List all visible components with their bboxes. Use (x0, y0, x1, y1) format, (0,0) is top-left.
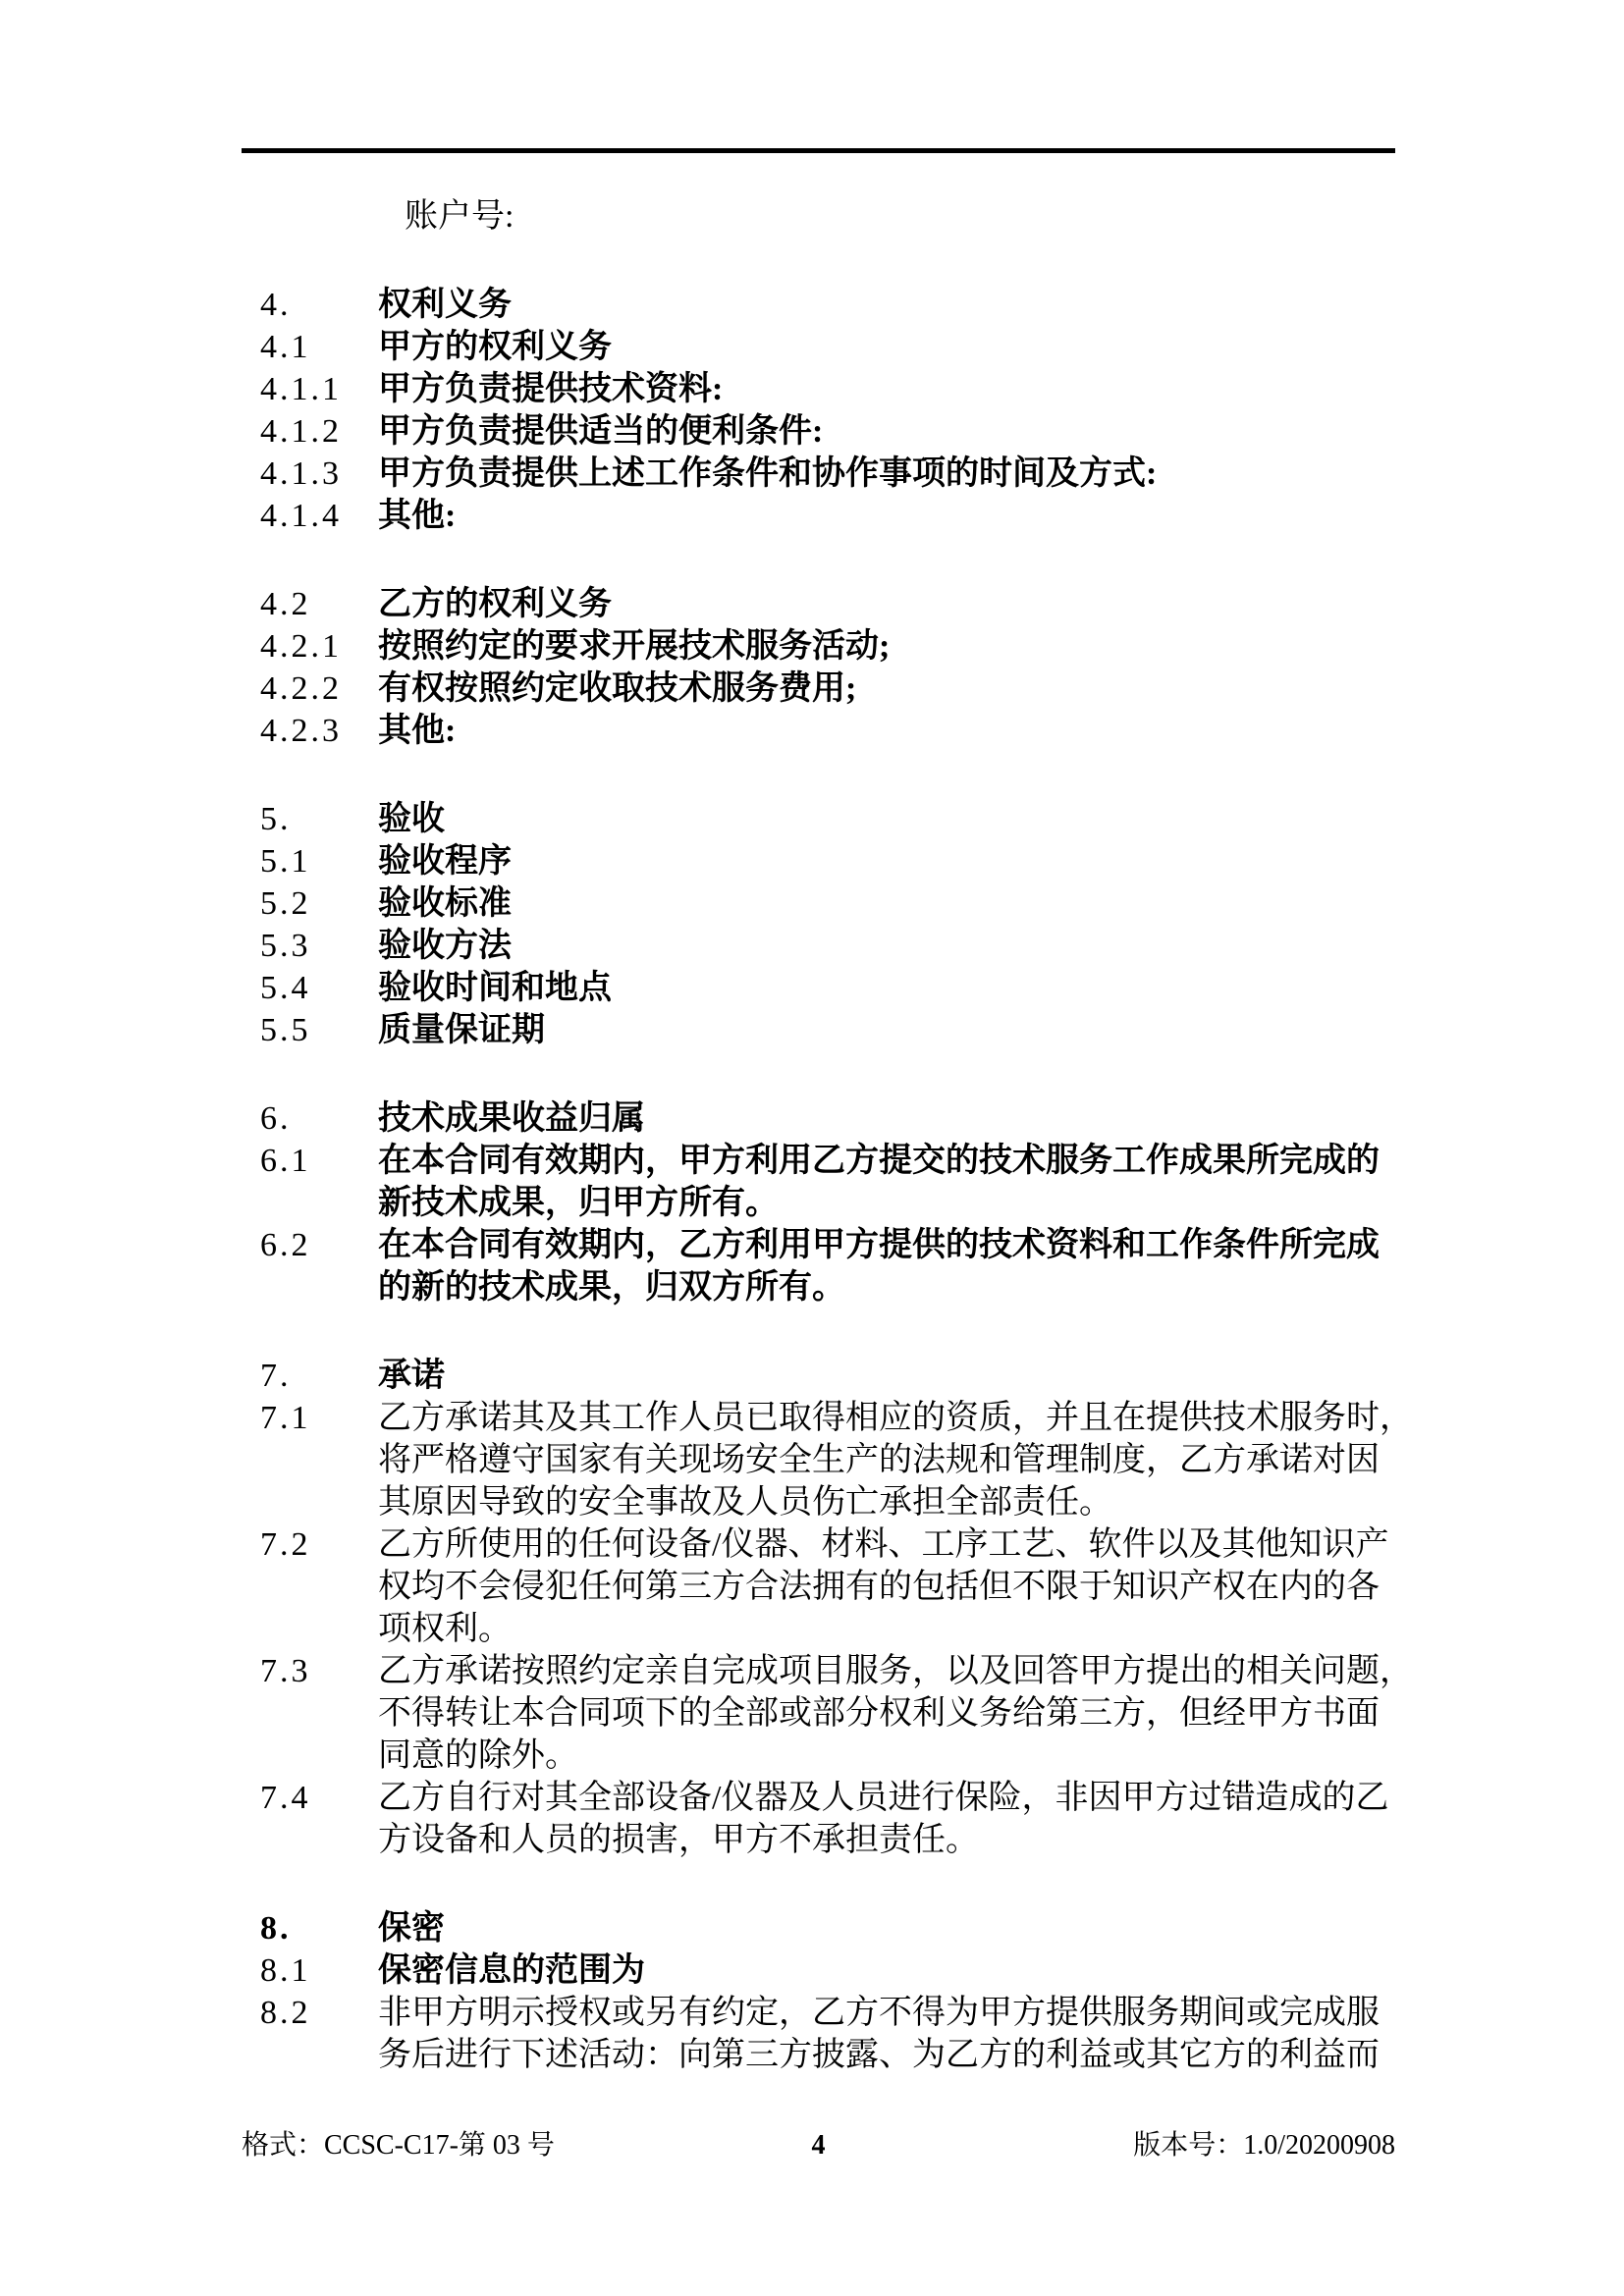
clause-text: 甲方负责提供上述工作条件和协作事项的时间及方式: (378, 453, 1479, 495)
clause-text: 非甲方明示授权或另有约定，乙方不得为甲方提供服务期间或完成服务后进行下述活动：向… (378, 1992, 1479, 2076)
clause-text: 验收标准 (378, 882, 1479, 925)
clause-number: 5.2 (242, 882, 378, 925)
clause-line: 验收程序 (378, 840, 1479, 882)
clause-line: 同意的除外。 (378, 1735, 1479, 1777)
clause-line: 务后进行下述活动：向第三方披露、为乙方的利益或其它方的利益而 (378, 2034, 1479, 2076)
clause-row: 8.2非甲方明示授权或另有约定，乙方不得为甲方提供服务期间或完成服务后进行下述活… (242, 1992, 1479, 2076)
clause-row: 5.4验收时间和地点 (242, 967, 1479, 1009)
clause-line: 的新的技术成果，归双方所有。 (378, 1266, 1479, 1308)
clause-number: 4.1.4 (242, 495, 378, 537)
clause-line: 乙方承诺按照约定亲自完成项目服务，以及回答甲方提出的相关问题， (378, 1650, 1479, 1692)
clause-text: 在本合同有效期内，甲方利用乙方提交的技术服务工作成果所完成的新技术成果，归甲方所… (378, 1140, 1479, 1224)
clause-line: 乙方承诺其及其工作人员已取得相应的资质，并且在提供技术服务时， (378, 1397, 1479, 1439)
clause-line: 验收 (378, 798, 1479, 840)
clause-line: 权利义务 (378, 284, 1479, 326)
clause-line: 将严格遵守国家有关现场安全生产的法规和管理制度，乙方承诺对因 (378, 1439, 1479, 1481)
clause-number: 4.1 (242, 326, 378, 368)
clause-list: 4.权利义务4.1甲方的权利义务4.1.1甲方负责提供技术资料:4.1.2甲方负… (242, 284, 1479, 2076)
clause-row: 6.技术成果收益归属 (242, 1097, 1479, 1140)
clause-number: 5.4 (242, 967, 378, 1009)
clause-text: 甲方负责提供技术资料: (378, 368, 1479, 410)
clause-line: 在本合同有效期内，甲方利用乙方提交的技术服务工作成果所完成的 (378, 1140, 1479, 1182)
clause-text: 保密信息的范围为 (378, 1949, 1479, 1992)
clause-row: 7.4乙方自行对其全部设备/仪器及人员进行保险，非因甲方过错造成的乙方设备和人员… (242, 1777, 1479, 1861)
clause-number: 7.4 (242, 1777, 378, 1819)
clause-line: 权均不会侵犯任何第三方合法拥有的包括但不限于知识产权在内的各 (378, 1566, 1479, 1608)
clause-line: 有权按照约定收取技术服务费用; (378, 667, 1479, 710)
clause-line: 甲方负责提供上述工作条件和协作事项的时间及方式: (378, 453, 1479, 495)
clause-number: 8.1 (242, 1949, 378, 1992)
clause-text: 在本合同有效期内，乙方利用甲方提供的技术资料和工作条件所完成的新的技术成果，归双… (378, 1224, 1479, 1308)
clause-text: 质量保证期 (378, 1009, 1479, 1051)
clause-number: 4.2.2 (242, 667, 378, 710)
clause-line: 非甲方明示授权或另有约定，乙方不得为甲方提供服务期间或完成服 (378, 1992, 1479, 2034)
clause-row: 4.1.4其他: (242, 495, 1479, 537)
clause-line: 新技术成果，归甲方所有。 (378, 1182, 1479, 1224)
clause-number: 7. (242, 1355, 378, 1397)
clause-text: 乙方承诺按照约定亲自完成项目服务，以及回答甲方提出的相关问题，不得转让本合同项下… (378, 1650, 1479, 1777)
clause-row: 5.2验收标准 (242, 882, 1479, 925)
page-footer: 格式：CCSC-C17-第 03 号 4 版本号：1.0/20200908 (242, 2124, 1395, 2166)
clause-line: 在本合同有效期内，乙方利用甲方提供的技术资料和工作条件所完成 (378, 1224, 1479, 1266)
account-number-line: 账户号: (405, 195, 1479, 238)
clause-line: 甲方负责提供技术资料: (378, 368, 1479, 410)
clause-number: 5.1 (242, 840, 378, 882)
clause-number: 8.2 (242, 1992, 378, 2034)
content-area: 账户号: 4.权利义务4.1甲方的权利义务4.1.1甲方负责提供技术资料:4.1… (242, 195, 1479, 2076)
clause-row: 6.1在本合同有效期内，甲方利用乙方提交的技术服务工作成果所完成的新技术成果，归… (242, 1140, 1479, 1224)
clause-line: 验收时间和地点 (378, 967, 1479, 1009)
clause-number: 4.1.1 (242, 368, 378, 410)
clause-number: 4.2.3 (242, 710, 378, 752)
clause-number: 4.2 (242, 583, 378, 625)
clause-text: 乙方所使用的任何设备/仪器、材料、工序工艺、软件以及其他知识产权均不会侵犯任何第… (378, 1523, 1479, 1650)
clause-row: 5.3验收方法 (242, 925, 1479, 967)
clause-row: 4.1.3甲方负责提供上述工作条件和协作事项的时间及方式: (242, 453, 1479, 495)
clause-row: 5.5质量保证期 (242, 1009, 1479, 1051)
clause-row: 8.1保密信息的范围为 (242, 1949, 1479, 1992)
clause-row: 4.2乙方的权利义务 (242, 583, 1479, 625)
clause-line: 验收方法 (378, 925, 1479, 967)
clause-text: 乙方的权利义务 (378, 583, 1479, 625)
clause-line: 乙方所使用的任何设备/仪器、材料、工序工艺、软件以及其他知识产 (378, 1523, 1479, 1566)
clause-text: 验收时间和地点 (378, 967, 1479, 1009)
clause-row: 7.2乙方所使用的任何设备/仪器、材料、工序工艺、软件以及其他知识产权均不会侵犯… (242, 1523, 1479, 1650)
footer-format-code: 格式：CCSC-C17-第 03 号 (242, 2124, 812, 2166)
footer-version: 版本号：1.0/20200908 (826, 2124, 1396, 2166)
clause-row: 6.2在本合同有效期内，乙方利用甲方提供的技术资料和工作条件所完成的新的技术成果… (242, 1224, 1479, 1308)
clause-row: 4.权利义务 (242, 284, 1479, 326)
clause-line: 其他: (378, 495, 1479, 537)
clause-text: 甲方负责提供适当的便利条件: (378, 410, 1479, 453)
clause-row: 7.承诺 (242, 1355, 1479, 1397)
clause-line: 保密 (378, 1907, 1479, 1949)
clause-line: 保密信息的范围为 (378, 1949, 1479, 1992)
clause-text: 其他: (378, 495, 1479, 537)
clause-number: 4. (242, 284, 378, 326)
clause-line: 承诺 (378, 1355, 1479, 1397)
clause-row: 4.1.1甲方负责提供技术资料: (242, 368, 1479, 410)
clause-text: 有权按照约定收取技术服务费用; (378, 667, 1479, 710)
clause-number: 7.3 (242, 1650, 378, 1692)
clause-line: 乙方的权利义务 (378, 583, 1479, 625)
clause-number: 5.3 (242, 925, 378, 967)
clause-line: 甲方负责提供适当的便利条件: (378, 410, 1479, 453)
clause-text: 验收方法 (378, 925, 1479, 967)
clause-text: 乙方承诺其及其工作人员已取得相应的资质，并且在提供技术服务时，将严格遵守国家有关… (378, 1397, 1479, 1523)
clause-line: 项权利。 (378, 1608, 1479, 1650)
clause-line: 其他: (378, 710, 1479, 752)
clause-number: 6.1 (242, 1140, 378, 1182)
clause-number: 4.1.2 (242, 410, 378, 453)
clause-line: 技术成果收益归属 (378, 1097, 1479, 1140)
clause-row: 4.2.3其他: (242, 710, 1479, 752)
clause-text: 保密 (378, 1907, 1479, 1949)
clause-text: 按照约定的要求开展技术服务活动; (378, 625, 1479, 667)
clause-line: 乙方自行对其全部设备/仪器及人员进行保险，非因甲方过错造成的乙 (378, 1777, 1479, 1819)
clause-line: 质量保证期 (378, 1009, 1479, 1051)
clause-text: 验收 (378, 798, 1479, 840)
clause-row: 5.1验收程序 (242, 840, 1479, 882)
clause-number: 6.2 (242, 1224, 378, 1266)
clause-row: 7.1乙方承诺其及其工作人员已取得相应的资质，并且在提供技术服务时，将严格遵守国… (242, 1397, 1479, 1523)
clause-number: 7.2 (242, 1523, 378, 1566)
header-rule (242, 148, 1395, 153)
clause-number: 5. (242, 798, 378, 840)
clause-row: 8.保密 (242, 1907, 1479, 1949)
clause-text: 甲方的权利义务 (378, 326, 1479, 368)
footer-page-number: 4 (812, 2124, 826, 2166)
document-page: 账户号: 4.权利义务4.1甲方的权利义务4.1.1甲方负责提供技术资料:4.1… (0, 0, 1624, 2296)
clause-line: 甲方的权利义务 (378, 326, 1479, 368)
clause-text: 权利义务 (378, 284, 1479, 326)
clause-text: 技术成果收益归属 (378, 1097, 1479, 1140)
clause-number: 5.5 (242, 1009, 378, 1051)
clause-row: 4.2.2有权按照约定收取技术服务费用; (242, 667, 1479, 710)
clause-number: 6. (242, 1097, 378, 1140)
clause-text: 验收程序 (378, 840, 1479, 882)
clause-row: 4.2.1按照约定的要求开展技术服务活动; (242, 625, 1479, 667)
clause-line: 不得转让本合同项下的全部或部分权利义务给第三方，但经甲方书面 (378, 1692, 1479, 1735)
clause-row: 7.3乙方承诺按照约定亲自完成项目服务，以及回答甲方提出的相关问题，不得转让本合… (242, 1650, 1479, 1777)
clause-number: 7.1 (242, 1397, 378, 1439)
clause-number: 4.1.3 (242, 453, 378, 495)
clause-number: 4.2.1 (242, 625, 378, 667)
clause-text: 承诺 (378, 1355, 1479, 1397)
clause-line: 其原因导致的安全事故及人员伤亡承担全部责任。 (378, 1481, 1479, 1523)
clause-row: 4.1甲方的权利义务 (242, 326, 1479, 368)
clause-line: 按照约定的要求开展技术服务活动; (378, 625, 1479, 667)
clause-line: 方设备和人员的损害，甲方不承担责任。 (378, 1819, 1479, 1861)
clause-row: 4.1.2甲方负责提供适当的便利条件: (242, 410, 1479, 453)
clause-row: 5.验收 (242, 798, 1479, 840)
clause-text: 乙方自行对其全部设备/仪器及人员进行保险，非因甲方过错造成的乙方设备和人员的损害… (378, 1777, 1479, 1861)
clause-text: 其他: (378, 710, 1479, 752)
clause-line: 验收标准 (378, 882, 1479, 925)
clause-number: 8. (242, 1907, 378, 1949)
